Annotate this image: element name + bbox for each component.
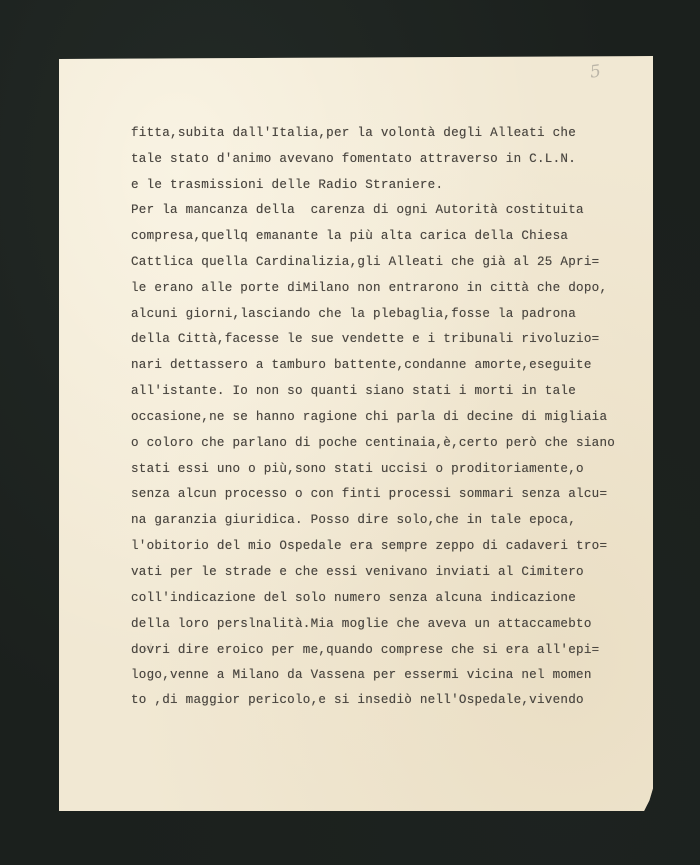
text-line: l'obitorio del mio Ospedale era sempre z…: [131, 539, 607, 553]
text-line: logo,venne a Milano da Vassena per esser…: [131, 668, 592, 682]
text-line: Cattlica quella Cardinalizia,gli Alleati…: [131, 255, 599, 269]
handwritten-page-number: 5: [589, 61, 603, 82]
text-line: della loro perslnalità.Mia moglie che av…: [131, 617, 592, 631]
typewritten-page: 5 ei fitta,subita dall'Italia,per la vol…: [59, 56, 653, 811]
text-line: e le trasmissioni delle Radio Straniere.: [131, 178, 443, 192]
text-line: stati essi uno o più,sono stati uccisi o…: [131, 462, 584, 476]
text-line: all'istante. Io non so quanti siano stat…: [131, 384, 576, 398]
text-line: le erano alle porte diMilano non entraro…: [131, 281, 607, 295]
text-line: fitta,subita dall'Italia,per la volontà …: [131, 126, 576, 140]
text-line: compresa,quellq emanante la più alta car…: [131, 229, 568, 243]
text-line: to ,di maggior pericolo,e si insediò nel…: [131, 693, 584, 707]
text-line: vati per le strade e che essi venivano i…: [131, 565, 584, 579]
text-line: Per la mancanza della carenza di ogni Au…: [131, 203, 584, 217]
text-line: della Città,facesse le sue vendette e i …: [131, 332, 599, 346]
text-line: senza alcun processo o con finti process…: [131, 487, 607, 501]
text-line: occasione,ne se hanno ragione chi parla …: [131, 410, 607, 424]
text-line: dovri dire eroico per me,quando comprese…: [131, 643, 599, 657]
text-line: na garanzia giuridica. Posso dire solo,c…: [131, 513, 576, 527]
text-line: tale stato d'animo avevano fomentato att…: [131, 152, 576, 166]
text-line: alcuni giorni,lasciando che la plebaglia…: [131, 307, 576, 321]
text-line: nari dettassero a tamburo battente,conda…: [131, 358, 592, 372]
text-line: coll'indicazione del solo numero senza a…: [131, 591, 576, 605]
text-line: o coloro che parlano di poche centinaia,…: [131, 436, 615, 450]
